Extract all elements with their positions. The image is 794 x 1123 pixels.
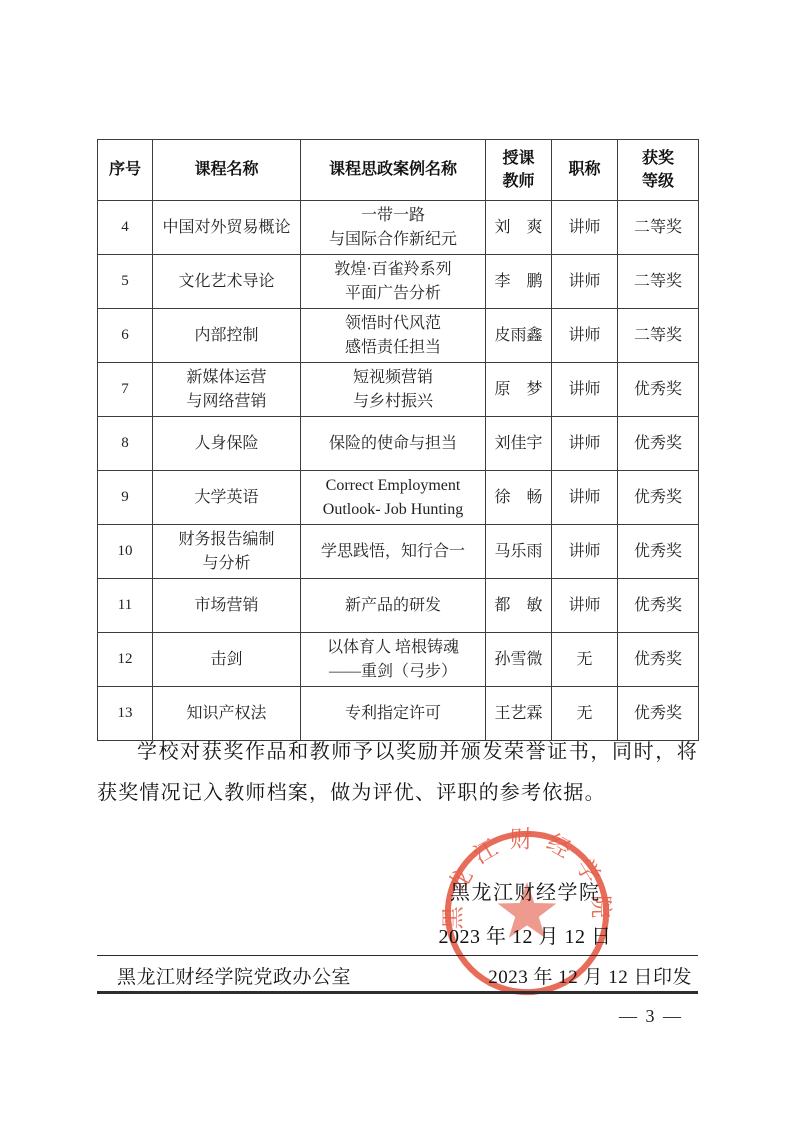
- cell-case: 短视频营销 与乡村振兴: [301, 363, 486, 417]
- cell-case: 以体育人 培根铸魂 ——重剑（弓步）: [301, 633, 486, 687]
- cell-no: 10: [98, 525, 153, 579]
- page-number: — 3 —: [596, 1006, 706, 1027]
- cell-award: 二等奖: [618, 255, 699, 309]
- header-row: 序号 课程名称 课程思政案例名称 授课 教师 职称 获奖 等级: [98, 140, 699, 201]
- cell-no: 5: [98, 255, 153, 309]
- header-course: 课程名称: [153, 140, 301, 201]
- cell-no: 9: [98, 471, 153, 525]
- cell-teacher: 徐 畅: [486, 471, 552, 525]
- cell-case: 保险的使命与担当: [301, 417, 486, 471]
- table-body: 4中国对外贸易概论一带一路 与国际合作新纪元刘 爽讲师二等奖5文化艺术导论敦煌·…: [98, 201, 699, 741]
- cell-title: 无: [552, 633, 618, 687]
- header-award: 获奖 等级: [618, 140, 699, 201]
- cell-no: 11: [98, 579, 153, 633]
- cell-teacher: 李 鹏: [486, 255, 552, 309]
- body-paragraph: 学校对获奖作品和教师予以奖励并颁发荣誉证书，同时，将获奖情况记入教师档案，做为评…: [97, 732, 698, 814]
- document-page: 序号 课程名称 课程思政案例名称 授课 教师 职称 获奖 等级 4中国对外贸易概…: [0, 0, 794, 1123]
- cell-title: 讲师: [552, 471, 618, 525]
- cell-course: 市场营销: [153, 579, 301, 633]
- table-row: 7新媒体运营 与网络营销短视频营销 与乡村振兴原 梦讲师优秀奖: [98, 363, 699, 417]
- signature-date: 2023 年 12 月 12 日: [425, 920, 625, 949]
- cell-no: 12: [98, 633, 153, 687]
- cell-teacher: 刘佳宇: [486, 417, 552, 471]
- cell-award: 优秀奖: [618, 471, 699, 525]
- cell-award: 优秀奖: [618, 363, 699, 417]
- cell-award: 二等奖: [618, 309, 699, 363]
- cell-course: 财务报告编制 与分析: [153, 525, 301, 579]
- table-row: 12击剑以体育人 培根铸魂 ——重剑（弓步）孙雪微无优秀奖: [98, 633, 699, 687]
- cell-title: 讲师: [552, 579, 618, 633]
- table-row: 5文化艺术导论敦煌·百雀羚系列 平面广告分析李 鹏讲师二等奖: [98, 255, 699, 309]
- table-row: 9大学英语Correct Employment Outlook- Job Hun…: [98, 471, 699, 525]
- footer-issuing-office: 黑龙江财经学院党政办公室: [117, 962, 351, 989]
- cell-course: 新媒体运营 与网络营销: [153, 363, 301, 417]
- table-header: 序号 课程名称 课程思政案例名称 授课 教师 职称 获奖 等级: [98, 140, 699, 201]
- header-title: 职称: [552, 140, 618, 201]
- cell-award: 优秀奖: [618, 579, 699, 633]
- header-teacher: 授课 教师: [486, 140, 552, 201]
- cell-teacher: 刘 爽: [486, 201, 552, 255]
- cell-course: 内部控制: [153, 309, 301, 363]
- footer-print-date: 2023 年 12 月 12 日印发: [488, 962, 692, 989]
- cell-title: 讲师: [552, 255, 618, 309]
- table-row: 11市场营销新产品的研发都 敏讲师优秀奖: [98, 579, 699, 633]
- table-row: 8人身保险保险的使命与担当刘佳宇讲师优秀奖: [98, 417, 699, 471]
- cell-teacher: 原 梦: [486, 363, 552, 417]
- cell-no: 8: [98, 417, 153, 471]
- cell-case: 新产品的研发: [301, 579, 486, 633]
- footer-rule-bottom: [97, 991, 698, 994]
- cell-title: 讲师: [552, 201, 618, 255]
- cell-teacher: 马乐雨: [486, 525, 552, 579]
- signature-org: 黑龙江财经学院: [450, 876, 620, 905]
- cell-teacher: 孙雪微: [486, 633, 552, 687]
- table-row: 6内部控制领悟时代风范 感悟责任担当皮雨鑫讲师二等奖: [98, 309, 699, 363]
- cell-course: 大学英语: [153, 471, 301, 525]
- cell-title: 讲师: [552, 525, 618, 579]
- cell-title: 讲师: [552, 309, 618, 363]
- cell-case: Correct Employment Outlook- Job Hunting: [301, 471, 486, 525]
- cell-case: 敦煌·百雀羚系列 平面广告分析: [301, 255, 486, 309]
- cell-no: 4: [98, 201, 153, 255]
- cell-case: 领悟时代风范 感悟责任担当: [301, 309, 486, 363]
- cell-course: 人身保险: [153, 417, 301, 471]
- table-row: 10财务报告编制 与分析学思践悟，知行合一马乐雨讲师优秀奖: [98, 525, 699, 579]
- table-row: 4中国对外贸易概论一带一路 与国际合作新纪元刘 爽讲师二等奖: [98, 201, 699, 255]
- cell-title: 讲师: [552, 417, 618, 471]
- cell-no: 7: [98, 363, 153, 417]
- cell-teacher: 都 敏: [486, 579, 552, 633]
- cell-award: 二等奖: [618, 201, 699, 255]
- cell-teacher: 皮雨鑫: [486, 309, 552, 363]
- cell-course: 中国对外贸易概论: [153, 201, 301, 255]
- footer-row: 黑龙江财经学院党政办公室 2023 年 12 月 12 日印发: [97, 961, 698, 989]
- header-no: 序号: [98, 140, 153, 201]
- awards-table: 序号 课程名称 课程思政案例名称 授课 教师 职称 获奖 等级 4中国对外贸易概…: [97, 139, 699, 741]
- cell-course: 击剑: [153, 633, 301, 687]
- cell-award: 优秀奖: [618, 633, 699, 687]
- footer-rule-top: [97, 955, 698, 956]
- cell-title: 讲师: [552, 363, 618, 417]
- cell-award: 优秀奖: [618, 417, 699, 471]
- cell-case: 一带一路 与国际合作新纪元: [301, 201, 486, 255]
- cell-award: 优秀奖: [618, 525, 699, 579]
- header-case: 课程思政案例名称: [301, 140, 486, 201]
- cell-course: 文化艺术导论: [153, 255, 301, 309]
- cell-case: 学思践悟，知行合一: [301, 525, 486, 579]
- cell-no: 6: [98, 309, 153, 363]
